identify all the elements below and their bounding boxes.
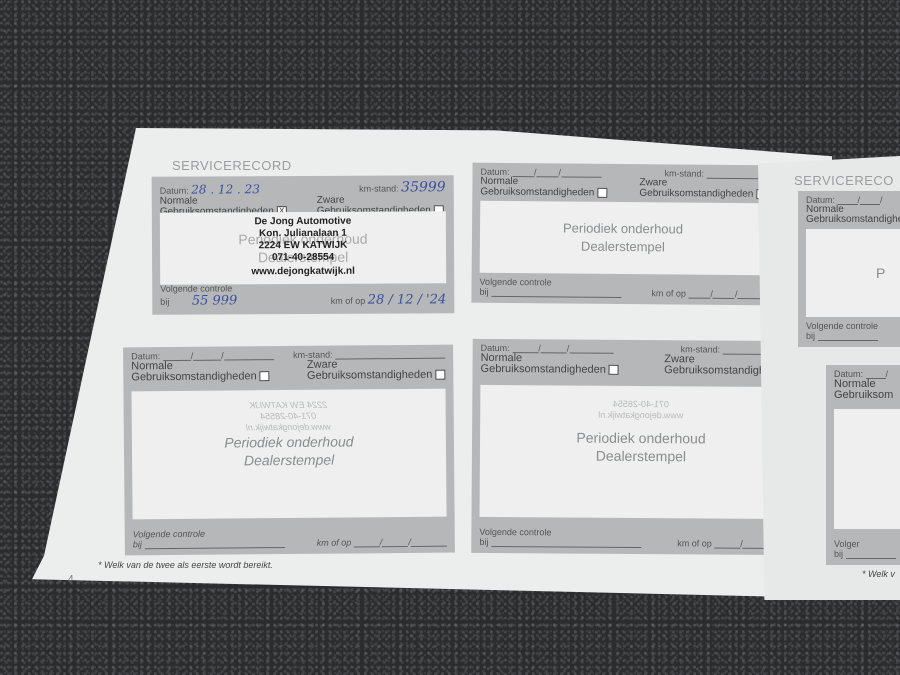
dealer-city: 2224 EW KATWIJK: [230, 240, 376, 253]
servicerecord-title: SERVICERECORD: [172, 158, 292, 173]
mirrored-stamp: 071-40-28554 www.dejongkatwijk.nl: [599, 399, 684, 422]
stamp-area: P: [806, 229, 900, 317]
footnote: * Welk v: [862, 569, 895, 579]
heavy-checkbox[interactable]: [435, 370, 445, 380]
km-label: km-stand:: [359, 183, 399, 193]
mirrored-line: www.dejongkatwijk.nl: [599, 410, 684, 422]
stamp-placeholder: Periodiek onderhoud: [224, 432, 353, 451]
service-card-4: Datum: // km-stand: Normale Gebruiksomst…: [471, 339, 810, 555]
stamp-area: [834, 409, 900, 529]
next-page: SERVICERECO Datum: // NormaleGebruiksoms…: [758, 155, 900, 600]
normal-checkbox[interactable]: [597, 188, 607, 198]
km-value[interactable]: 35999: [401, 179, 446, 195]
dealer-stamp: De Jong Automotive Kon. Julianalaan 1 22…: [230, 216, 376, 279]
stamp-area: 071-40-28554 www.dejongkatwijk.nl Period…: [480, 385, 803, 519]
bij-label: bij: [806, 331, 815, 341]
datum-label: Datum:: [160, 186, 189, 196]
service-card-2: Datum: // km-stand: Normale Gebruiksomst…: [123, 345, 455, 556]
service-card-5: Datum: // NormaleGebruiksomstandighe P V…: [798, 191, 900, 347]
normal-label-2: Gebruiksomstandigheden: [480, 363, 605, 376]
kmofop-value[interactable]: 28 / 12 / '24: [368, 292, 447, 307]
kmofop-label: km of op: [677, 538, 712, 548]
dealer-website: www.dejongkatwijk.nl: [230, 266, 376, 279]
bij-label: bij: [479, 287, 488, 297]
stamp-placeholder: Periodiek onderhoud: [576, 429, 705, 448]
mirrored-stamp: 2224 EW KATWIJK 071-40-28554 www.dejongk…: [246, 399, 331, 433]
dealer-phone: 071-40-28554: [230, 252, 376, 265]
datum-value[interactable]: 28 . 12 . 23: [191, 182, 260, 196]
mirrored-line: 2224 EW KATWIJK: [246, 399, 331, 411]
stamp-placeholder: Periodiek onderhoud: [563, 219, 683, 238]
stamp-area: Periodiek onderhoud Dealerstempel De Jon…: [160, 211, 446, 284]
stamp-placeholder-2: Dealerstempel: [581, 238, 665, 257]
bij-label: bij: [834, 549, 843, 559]
normal-label-2: Gebruiksomstandighe: [806, 215, 900, 225]
kmofop-label: km of op: [317, 537, 352, 547]
service-card-3: Datum: // km-stand: Normale Gebruiksomst…: [471, 163, 774, 306]
bij-field[interactable]: [491, 288, 621, 298]
next-control-label: Volgende controle: [806, 321, 900, 331]
bij-field[interactable]: [144, 539, 284, 549]
mirrored-line: 071-40-28554: [246, 410, 331, 422]
bij-label: bij: [133, 539, 142, 549]
page-number: 4: [68, 574, 74, 585]
dealer-street: Kon. Julianalaan 1: [230, 228, 376, 241]
mirrored-line: 071-40-28554: [599, 399, 684, 411]
service-card-1: Datum: 28 . 12 . 23 km-stand: 35999 Norm…: [152, 175, 455, 315]
bij-label: bij: [160, 297, 169, 307]
next-control-label: Volger: [834, 539, 900, 549]
stamp-placeholder: P: [876, 264, 885, 282]
heavy-label-2: Gebruiksomstandigheden: [307, 369, 432, 382]
heavy-label-2: Gebruiksomstandigheden: [639, 188, 753, 200]
footnote: * Welk van de twee als eerste wordt bere…: [98, 560, 273, 570]
normal-label-2: Gebruiksom: [834, 390, 900, 401]
mirrored-line: www.dejongkatwijk.nl: [246, 421, 331, 433]
normal-label-2: Gebruiksomstandigheden: [480, 186, 594, 198]
stamp-placeholder-2: Dealerstempel: [596, 447, 686, 466]
bij-label: bij: [479, 537, 488, 547]
dealer-name: De Jong Automotive: [230, 216, 376, 229]
normal-label-2: Gebruiksomstandigheden: [131, 370, 256, 383]
servicerecord-title: SERVICERECO: [794, 173, 894, 188]
stamp-area: 2224 EW KATWIJK 071-40-28554 www.dejongk…: [131, 389, 446, 520]
bij-value[interactable]: 55 999: [192, 293, 238, 308]
kmofop-label: km of op: [651, 288, 686, 298]
normal-checkbox[interactable]: [609, 365, 619, 375]
kmofop-label: km of op: [331, 296, 366, 306]
normal-checkbox[interactable]: [260, 371, 270, 381]
stamp-placeholder-2: Dealerstempel: [244, 450, 334, 469]
service-card-6: Datum: / NormaleGebruiksom Volger bij: [826, 365, 900, 565]
km-label: km-stand:: [664, 168, 704, 178]
bij-field[interactable]: [491, 538, 641, 548]
stamp-area: Periodiek onderhoud Dealerstempel: [480, 201, 767, 275]
service-booklet: SERVICERECORD Datum: 28 . 12 . 23 km-sta…: [32, 128, 832, 598]
